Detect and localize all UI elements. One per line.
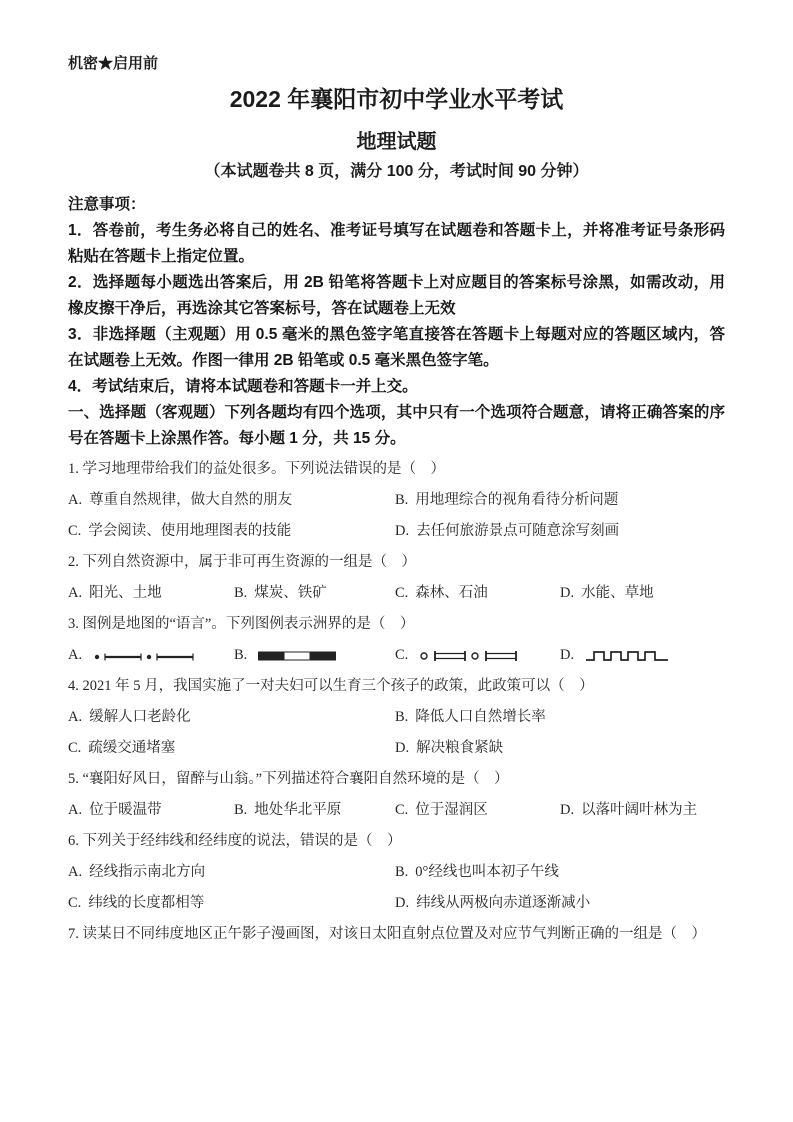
option-text: 0°经线也叫本初子午线 bbox=[415, 857, 559, 888]
option-text: 解决粮食紧缺 bbox=[416, 733, 503, 764]
question-item: 3. 图例是地图的“语言”。下列图例表示洲界的是（ ）A.B.C.D. bbox=[68, 609, 725, 671]
dot-and-bar-line-icon bbox=[93, 649, 198, 663]
question-text: 5. “襄阳好风日，留醉与山翁。”下列描述符合襄阳自然环境的是（ ） bbox=[68, 764, 725, 795]
option: A.尊重自然规律，做大自然的朋友 bbox=[68, 485, 395, 516]
option: D.解决粮食紧缺 bbox=[395, 733, 503, 764]
option-label: C. bbox=[395, 640, 408, 671]
option-text: 阳光、土地 bbox=[89, 578, 162, 609]
option-label: B. bbox=[395, 857, 408, 888]
option-text: 缓解人口老龄化 bbox=[89, 702, 191, 733]
exam-subject-title: 地理试题 bbox=[68, 128, 725, 156]
question-text: 1. 学习地理带给我们的益处很多。下列说法错误的是（ ） bbox=[68, 454, 725, 485]
option-label: B. bbox=[234, 578, 247, 609]
option-label: A. bbox=[68, 795, 82, 826]
option: C.纬线的长度都相等 bbox=[68, 888, 395, 919]
option: D.水能、草地 bbox=[560, 578, 654, 609]
option-label: C. bbox=[395, 795, 408, 826]
question-text: 6. 下列关于经纬线和经纬度的说法，错误的是（ ） bbox=[68, 826, 725, 857]
option-label: D. bbox=[560, 795, 574, 826]
circle-and-double-bar-icon bbox=[419, 648, 525, 664]
option-label: A. bbox=[68, 702, 82, 733]
question-item: 5. “襄阳好风日，留醉与山翁。”下列描述符合襄阳自然环境的是（ ）A.位于暖温… bbox=[68, 764, 725, 826]
option: A.缓解人口老龄化 bbox=[68, 702, 395, 733]
option: C.位于湿润区 bbox=[395, 795, 560, 826]
option: B. bbox=[234, 640, 395, 671]
option-text: 水能、草地 bbox=[581, 578, 654, 609]
option-label: B. bbox=[395, 702, 408, 733]
option-text: 用地理综合的视角看待分析问题 bbox=[415, 485, 618, 516]
option-text: 降低人口自然增长率 bbox=[415, 702, 546, 733]
option-label: D. bbox=[560, 578, 574, 609]
option: B.用地理综合的视角看待分析问题 bbox=[395, 485, 618, 516]
question-list: 1. 学习地理带给我们的益处很多。下列说法错误的是（ ）A.尊重自然规律，做大自… bbox=[68, 454, 725, 950]
option: C.疏缓交通堵塞 bbox=[68, 733, 395, 764]
option: B.0°经线也叫本初子午线 bbox=[395, 857, 559, 888]
exam-info-line: （本试题卷共 8 页，满分 100 分，考试时间 90 分钟） bbox=[68, 160, 725, 184]
option-row: C.学会阅读、使用地理图表的技能D.去任何旅游景点可随意涂写刻画 bbox=[68, 516, 725, 547]
option: D.纬线从两极向赤道逐渐减小 bbox=[395, 888, 590, 919]
option-row: A.位于暖温带B.地处华北平原C.位于湿润区D.以落叶阔叶林为主 bbox=[68, 795, 725, 826]
option: C. bbox=[395, 640, 560, 671]
option-label: D. bbox=[560, 640, 574, 671]
option-row: A.阳光、土地B.煤炭、铁矿C.森林、石油D.水能、草地 bbox=[68, 578, 725, 609]
notices-section: 注意事项： 1．答卷前，考生务必将自己的姓名、准考证号填写在试题卷和答题卡上，并… bbox=[68, 192, 725, 452]
notices-heading: 注意事项： bbox=[68, 192, 725, 218]
option: D.去任何旅游景点可随意涂写刻画 bbox=[395, 516, 619, 547]
classification-label: 机密★启用前 bbox=[68, 54, 725, 74]
option: B.地处华北平原 bbox=[234, 795, 395, 826]
option: A. bbox=[68, 640, 234, 671]
option-text: 疏缓交通堵塞 bbox=[88, 733, 175, 764]
option-text: 位于湿润区 bbox=[415, 795, 488, 826]
question-item: 1. 学习地理带给我们的益处很多。下列说法错误的是（ ）A.尊重自然规律，做大自… bbox=[68, 454, 725, 547]
option-text: 位于暖温带 bbox=[89, 795, 162, 826]
option: A.经线指示南北方向 bbox=[68, 857, 395, 888]
question-text: 3. 图例是地图的“语言”。下列图例表示洲界的是（ ） bbox=[68, 609, 725, 640]
option-text: 去任何旅游景点可随意涂写刻画 bbox=[416, 516, 619, 547]
option-label: C. bbox=[68, 516, 81, 547]
option-label: C. bbox=[68, 733, 81, 764]
option-label: A. bbox=[68, 640, 82, 671]
option-row: C.纬线的长度都相等D.纬线从两极向赤道逐渐减小 bbox=[68, 888, 725, 919]
option: D. bbox=[560, 640, 673, 671]
option-label: A. bbox=[68, 485, 82, 516]
option-label: C. bbox=[395, 578, 408, 609]
option: A.位于暖温带 bbox=[68, 795, 234, 826]
option: C.学会阅读、使用地理图表的技能 bbox=[68, 516, 395, 547]
notice-item: 2．选择题每小题选出答案后，用 2B 铅笔将答题卡上对应题目的答案标号涂黑，如需… bbox=[68, 270, 725, 322]
option-label: A. bbox=[68, 578, 82, 609]
option-row: C.疏缓交通堵塞D.解决粮食紧缺 bbox=[68, 733, 725, 764]
option-text: 以落叶阔叶林为主 bbox=[581, 795, 697, 826]
option: A.阳光、土地 bbox=[68, 578, 234, 609]
option-label: B. bbox=[234, 795, 247, 826]
question-text: 7. 读某日不同纬度地区正午影子漫画图，对该日太阳直射点位置及对应节气判断正确的… bbox=[68, 919, 725, 950]
option-text: 森林、石油 bbox=[415, 578, 488, 609]
option: C.森林、石油 bbox=[395, 578, 560, 609]
option-text: 尊重自然规律，做大自然的朋友 bbox=[89, 485, 292, 516]
question-item: 7. 读某日不同纬度地区正午影子漫画图，对该日太阳直射点位置及对应节气判断正确的… bbox=[68, 919, 725, 950]
square-wave-line-icon bbox=[585, 647, 673, 665]
question-item: 6. 下列关于经纬线和经纬度的说法，错误的是（ ）A.经线指示南北方向B.0°经… bbox=[68, 826, 725, 919]
option-label: B. bbox=[234, 640, 247, 671]
option-row: A.经线指示南北方向B.0°经线也叫本初子午线 bbox=[68, 857, 725, 888]
option-label: D. bbox=[395, 516, 409, 547]
exam-title: 2022 年襄阳市初中学业水平考试 bbox=[68, 84, 725, 114]
notice-item: 4．考试结束后，请将本试题卷和答题卡一并上交。 bbox=[68, 374, 725, 400]
black-white-bar-icon bbox=[258, 651, 336, 661]
option-text: 经线指示南北方向 bbox=[89, 857, 205, 888]
notice-list: 1．答卷前，考生务必将自己的姓名、准考证号填写在试题卷和答题卡上，并将准考证号条… bbox=[68, 218, 725, 400]
option-label: D. bbox=[395, 888, 409, 919]
exam-paper-page: 机密★启用前 2022 年襄阳市初中学业水平考试 地理试题 （本试题卷共 8 页… bbox=[0, 0, 793, 1122]
option-row: A.B.C.D. bbox=[68, 640, 725, 671]
section-one-heading: 一、选择题（客观题）下列各题均有四个选项，其中只有一个选项符合题意，请将正确答案… bbox=[68, 400, 725, 452]
option-row: A.缓解人口老龄化B.降低人口自然增长率 bbox=[68, 702, 725, 733]
option-text: 地处华北平原 bbox=[254, 795, 341, 826]
question-item: 4. 2021 年 5 月，我国实施了一对夫妇可以生育三个孩子的政策，此政策可以… bbox=[68, 671, 725, 764]
option-label: C. bbox=[68, 888, 81, 919]
option: B.降低人口自然增长率 bbox=[395, 702, 546, 733]
option-label: A. bbox=[68, 857, 82, 888]
option-label: B. bbox=[395, 485, 408, 516]
notice-item: 3．非选择题（主观题）用 0.5 毫米的黑色签字笔直接答在答题卡上每题对应的答题… bbox=[68, 322, 725, 374]
option-label: D. bbox=[395, 733, 409, 764]
question-text: 4. 2021 年 5 月，我国实施了一对夫妇可以生育三个孩子的政策，此政策可以… bbox=[68, 671, 725, 702]
option-text: 纬线从两极向赤道逐渐减小 bbox=[416, 888, 590, 919]
option-text: 纬线的长度都相等 bbox=[88, 888, 204, 919]
option-row: A.尊重自然规律，做大自然的朋友B.用地理综合的视角看待分析问题 bbox=[68, 485, 725, 516]
option: B.煤炭、铁矿 bbox=[234, 578, 395, 609]
option-text: 学会阅读、使用地理图表的技能 bbox=[88, 516, 291, 547]
option-text: 煤炭、铁矿 bbox=[254, 578, 327, 609]
question-text: 2. 下列自然资源中，属于非可再生资源的一组是（ ） bbox=[68, 547, 725, 578]
option: D.以落叶阔叶林为主 bbox=[560, 795, 697, 826]
question-item: 2. 下列自然资源中，属于非可再生资源的一组是（ ）A.阳光、土地B.煤炭、铁矿… bbox=[68, 547, 725, 609]
notice-item: 1．答卷前，考生务必将自己的姓名、准考证号填写在试题卷和答题卡上，并将准考证号条… bbox=[68, 218, 725, 270]
